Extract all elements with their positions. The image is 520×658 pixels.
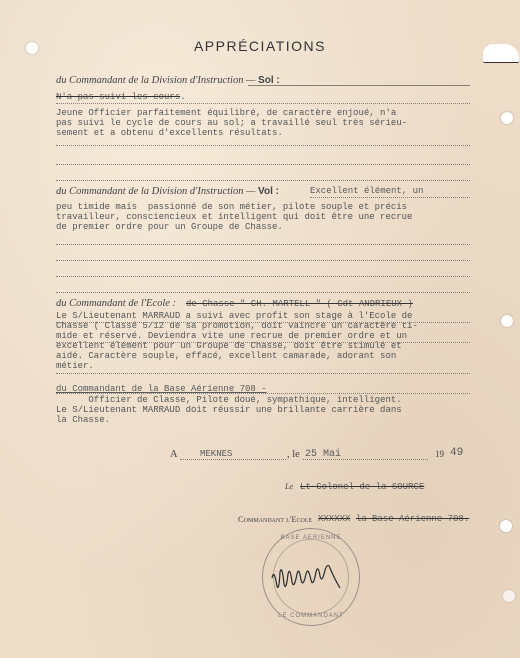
section-sol-label: du Commandant de la Division d'Instructi…: [56, 75, 280, 86]
text-line: travailleur, consciencieux et intelligen…: [56, 212, 476, 222]
page-title: APPRÉCIATIONS: [0, 38, 520, 54]
text-line: Le S/Lieutenant MARRAUD a suivi avec pro…: [56, 311, 476, 321]
section-base-text: Officier de Classe, Pilote doué, sympath…: [56, 395, 476, 425]
text-line: Jeune Officier parfaitement équilibré, d…: [56, 108, 476, 118]
underline: [248, 85, 470, 86]
dotted-line: [56, 322, 470, 323]
punch-hole: [500, 520, 512, 532]
label-text: du Commandant de la Division d'Instructi…: [56, 186, 255, 197]
year-prefix: 19: [435, 449, 444, 459]
signatory-le: Le: [285, 482, 293, 491]
section-vol-label: du Commandant de la Division d'Instructi…: [56, 186, 279, 197]
text-line: peu timide mais passionné de son métier,…: [56, 202, 476, 212]
period: .: [180, 92, 185, 102]
year-suffix: 49: [450, 447, 463, 459]
section-ecole-first-line: de Chasse " CH. MARTELL " ( Cdt ANDRIEUX…: [186, 299, 413, 309]
section-sol-text: Jeune Officier parfaitement équilibré, d…: [56, 108, 476, 138]
signatory-title-prefix: Commandant l'Ecole: [238, 514, 312, 524]
section-sol-struck: N'a pas suivi les cours.: [56, 92, 186, 102]
handwritten-signature-icon: [268, 558, 358, 598]
dotted-line: [56, 276, 470, 277]
date-prefix: , le: [287, 449, 300, 460]
dotted-line: [56, 244, 470, 245]
signatory-name: Lt-Colonel de la SOURCE: [300, 482, 424, 492]
section-ecole-label: du Commandant de l'Ecole :: [56, 298, 176, 309]
section-ecole-text: Le S/Lieutenant MARRAUD a suivi avec pro…: [56, 311, 476, 371]
dotted-line: [56, 145, 470, 146]
text-line: de premier ordre pour un Groupe de Chass…: [56, 222, 476, 232]
text-line: métier.: [56, 361, 476, 371]
title-suffix: la Base Aérienne 708.: [356, 514, 469, 524]
punch-hole: [501, 112, 513, 124]
label-bold: Vol :: [258, 186, 279, 197]
text-line: Le S/Lieutenant MARRAUD doit réussir une…: [56, 405, 476, 415]
dotted-line: [56, 342, 470, 343]
stamp-top-text: BASE AERIENNE: [263, 535, 359, 541]
text-line: mide et réservé. Deviendra vite une recr…: [56, 331, 476, 341]
text-line: aidé. Caractère souple, effacé, excellen…: [56, 351, 476, 361]
section-vol-text: peu timide mais passionné de son métier,…: [56, 202, 476, 232]
dotted-line: [56, 393, 470, 394]
signatory-title: XXXXXX la Base Aérienne 708.: [318, 514, 469, 524]
dotted-line: [310, 197, 470, 198]
place-prefix: A: [170, 449, 178, 460]
punch-hole: [503, 590, 515, 602]
text-line: pas suivi le cycle de cours au sol; a tr…: [56, 118, 476, 128]
label-text: du Commandant de la Division d'Instructi…: [56, 75, 255, 86]
struck-text: N'a pas suivi les cours: [56, 92, 180, 102]
dotted-line: [56, 164, 470, 165]
dotted-line: [180, 459, 286, 460]
dotted-line: [56, 292, 470, 293]
place-value: MEKNES: [200, 449, 232, 459]
dotted-line: [56, 180, 470, 181]
document-page: APPRÉCIATIONS du Commandant de la Divisi…: [0, 0, 520, 658]
stamp-bottom-text: LE COMMANDANT: [263, 613, 359, 619]
struck-text: XXXXXX: [318, 514, 350, 524]
dotted-line: [56, 260, 470, 261]
text-line: Officier de Classe, Pilote doué, sympath…: [56, 395, 476, 405]
dotted-line: [56, 103, 470, 104]
text-line: sement et a obtenu d'excellents résultat…: [56, 128, 476, 138]
section-vol-first-line: Excellent élément, un: [310, 186, 423, 196]
text-line: la Chasse.: [56, 415, 476, 425]
dotted-line: [303, 459, 428, 460]
punch-hole: [501, 315, 513, 327]
dotted-line: [56, 373, 470, 374]
